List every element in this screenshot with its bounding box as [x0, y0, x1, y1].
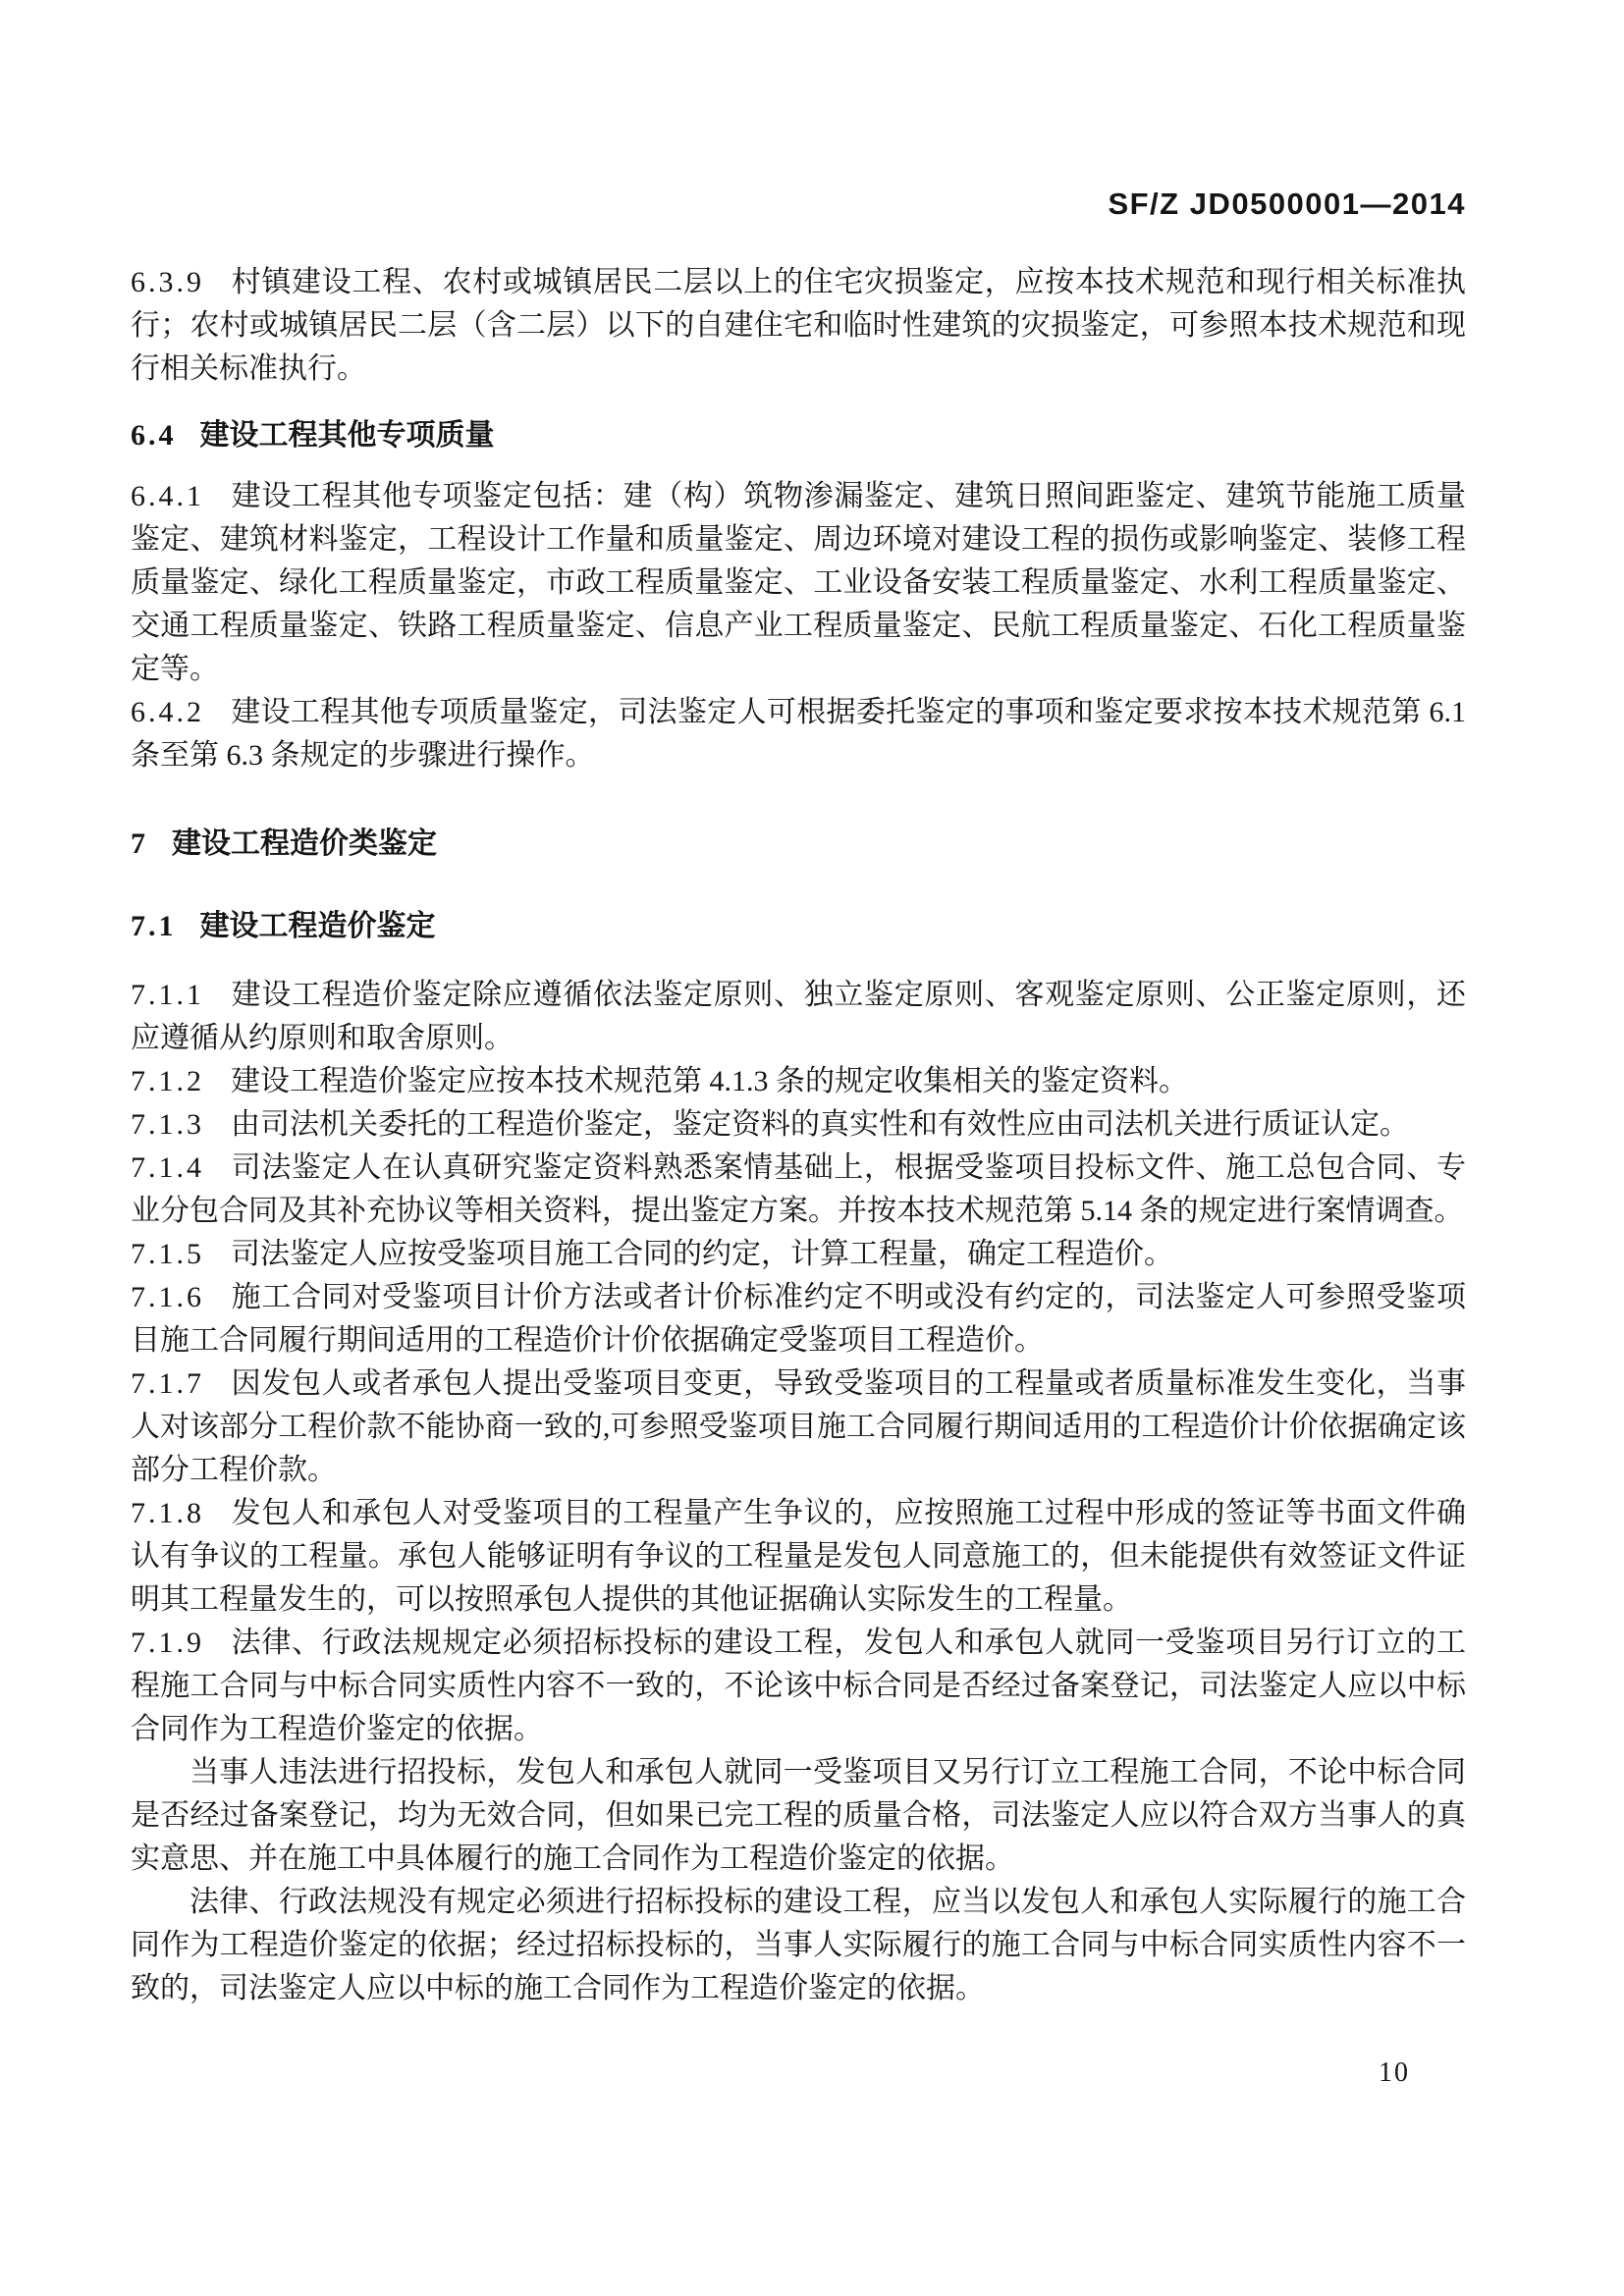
clause-text: 由司法机关委托的工程造价鉴定，鉴定资料的真实性和有效性应由司法机关进行质证认定。: [231, 1108, 1409, 1141]
heading-7: 7建设工程造价类鉴定: [131, 823, 1466, 866]
heading-7-1: 7.1建设工程造价鉴定: [131, 905, 1466, 948]
clause-7-1-2: 7.1.2建设工程造价鉴定应按本技术规范第 4.1.3 条的规定收集相关的鉴定资…: [131, 1060, 1466, 1103]
clause-7-1-8: 7.1.8发包人和承包人对受鉴项目的工程量产生争议的，应按照施工过程中形成的签证…: [131, 1492, 1466, 1622]
document-content: 6.3.9村镇建设工程、农村或城镇居民二层以上的住宅灾损鉴定，应按本技术规范和现…: [131, 261, 1466, 2010]
heading-text: 建设工程造价鉴定: [200, 910, 436, 942]
clause-number: 7.1.5: [131, 1238, 204, 1270]
clause-7-1-7: 7.1.7因发包人或者承包人提出受鉴项目变更，导致受鉴项目的工程量或者质量标准发…: [131, 1362, 1466, 1492]
clause-6-3-9: 6.3.9村镇建设工程、农村或城镇居民二层以上的住宅灾损鉴定，应按本技术规范和现…: [131, 261, 1466, 391]
document-page: SF/Z JD0500001—2014 6.3.9村镇建设工程、农村或城镇居民二…: [0, 0, 1624, 2296]
clause-number: 6.4.1: [131, 480, 204, 512]
clause-text: 发包人和承包人对受鉴项目的工程量产生争议的，应按照施工过程中形成的签证等书面文件…: [131, 1497, 1466, 1616]
clause-text: 因发包人或者承包人提出受鉴项目变更，导致受鉴项目的工程量或者质量标准发生变化，当…: [131, 1367, 1466, 1486]
clause-7-1-9: 7.1.9法律、行政法规规定必须招标投标的建设工程，发包人和承包人就同一受鉴项目…: [131, 1622, 1466, 1751]
clause-number: 7.1.6: [131, 1281, 204, 1313]
clause-7-1-3: 7.1.3由司法机关委托的工程造价鉴定，鉴定资料的真实性和有效性应由司法机关进行…: [131, 1103, 1466, 1147]
clause-number: 6.3.9: [131, 266, 204, 298]
clause-text: 村镇建设工程、农村或城镇居民二层以上的住宅灾损鉴定，应按本技术规范和现行相关标准…: [131, 266, 1466, 385]
clause-text: 法律、行政法规规定必须招标投标的建设工程，发包人和承包人就同一受鉴项目另行订立的…: [131, 1627, 1466, 1745]
clause-number: 7.1.3: [131, 1108, 204, 1141]
page-number: 10: [1365, 2057, 1424, 2089]
heading-number: 6.4: [131, 419, 177, 452]
clause-7-1-5: 7.1.5司法鉴定人应按受鉴项目施工合同的约定，计算工程量，确定工程造价。: [131, 1233, 1466, 1276]
clause-6-4-2: 6.4.2建设工程其他专项质量鉴定，司法鉴定人可根据委托鉴定的事项和鉴定要求按本…: [131, 691, 1466, 777]
doc-code-header: SF/Z JD0500001—2014: [131, 187, 1466, 222]
paragraph-no-mandatory-bidding: 法律、行政法规没有规定必须进行招标投标的建设工程，应当以发包人和承包人实际履行的…: [131, 1881, 1466, 2010]
clause-text: 建设工程造价鉴定应按本技术规范第 4.1.3 条的规定收集相关的鉴定资料。: [231, 1065, 1188, 1097]
clause-text: 施工合同对受鉴项目计价方法或者计价标准约定不明或没有约定的，司法鉴定人可参照受鉴…: [131, 1281, 1466, 1357]
clause-number: 7.1.8: [131, 1497, 204, 1529]
clause-text: 建设工程其他专项质量鉴定，司法鉴定人可根据委托鉴定的事项和鉴定要求按本技术规范第…: [131, 696, 1466, 772]
clause-number: 7.1.1: [131, 979, 204, 1011]
clause-text: 建设工程其他专项鉴定包括：建（构）筑物渗漏鉴定、建筑日照间距鉴定、建筑节能施工质…: [131, 480, 1466, 685]
paragraph-bid-invalid-contract: 当事人违法进行招投标，发包人和承包人就同一受鉴项目又另行订立工程施工合同，不论中…: [131, 1751, 1466, 1881]
clause-number: 6.4.2: [131, 696, 204, 728]
clause-text: 司法鉴定人应按受鉴项目施工合同的约定，计算工程量，确定工程造价。: [231, 1238, 1173, 1270]
heading-text: 建设工程其他专项质量: [200, 419, 495, 452]
clause-7-1-1: 7.1.1建设工程造价鉴定除应遵循依法鉴定原则、独立鉴定原则、客观鉴定原则、公正…: [131, 974, 1466, 1060]
heading-number: 7: [131, 828, 148, 860]
clause-number: 7.1.7: [131, 1367, 204, 1400]
heading-6-4: 6.4建设工程其他专项质量: [131, 414, 1466, 457]
heading-text: 建设工程造价类鉴定: [172, 828, 437, 860]
clause-6-4-1: 6.4.1建设工程其他专项鉴定包括：建（构）筑物渗漏鉴定、建筑日照间距鉴定、建筑…: [131, 475, 1466, 691]
clause-text: 建设工程造价鉴定除应遵循依法鉴定原则、独立鉴定原则、客观鉴定原则、公正鉴定原则，…: [131, 979, 1466, 1054]
clause-number: 7.1.9: [131, 1627, 204, 1659]
clause-text: 司法鉴定人在认真研究鉴定资料熟悉案情基础上，根据受鉴项目投标文件、施工总包合同、…: [131, 1151, 1466, 1227]
clause-number: 7.1.2: [131, 1065, 204, 1097]
clause-7-1-6: 7.1.6施工合同对受鉴项目计价方法或者计价标准约定不明或没有约定的，司法鉴定人…: [131, 1276, 1466, 1362]
heading-number: 7.1: [131, 910, 177, 942]
clause-number: 7.1.4: [131, 1151, 204, 1184]
clause-7-1-4: 7.1.4司法鉴定人在认真研究鉴定资料熟悉案情基础上，根据受鉴项目投标文件、施工…: [131, 1147, 1466, 1233]
